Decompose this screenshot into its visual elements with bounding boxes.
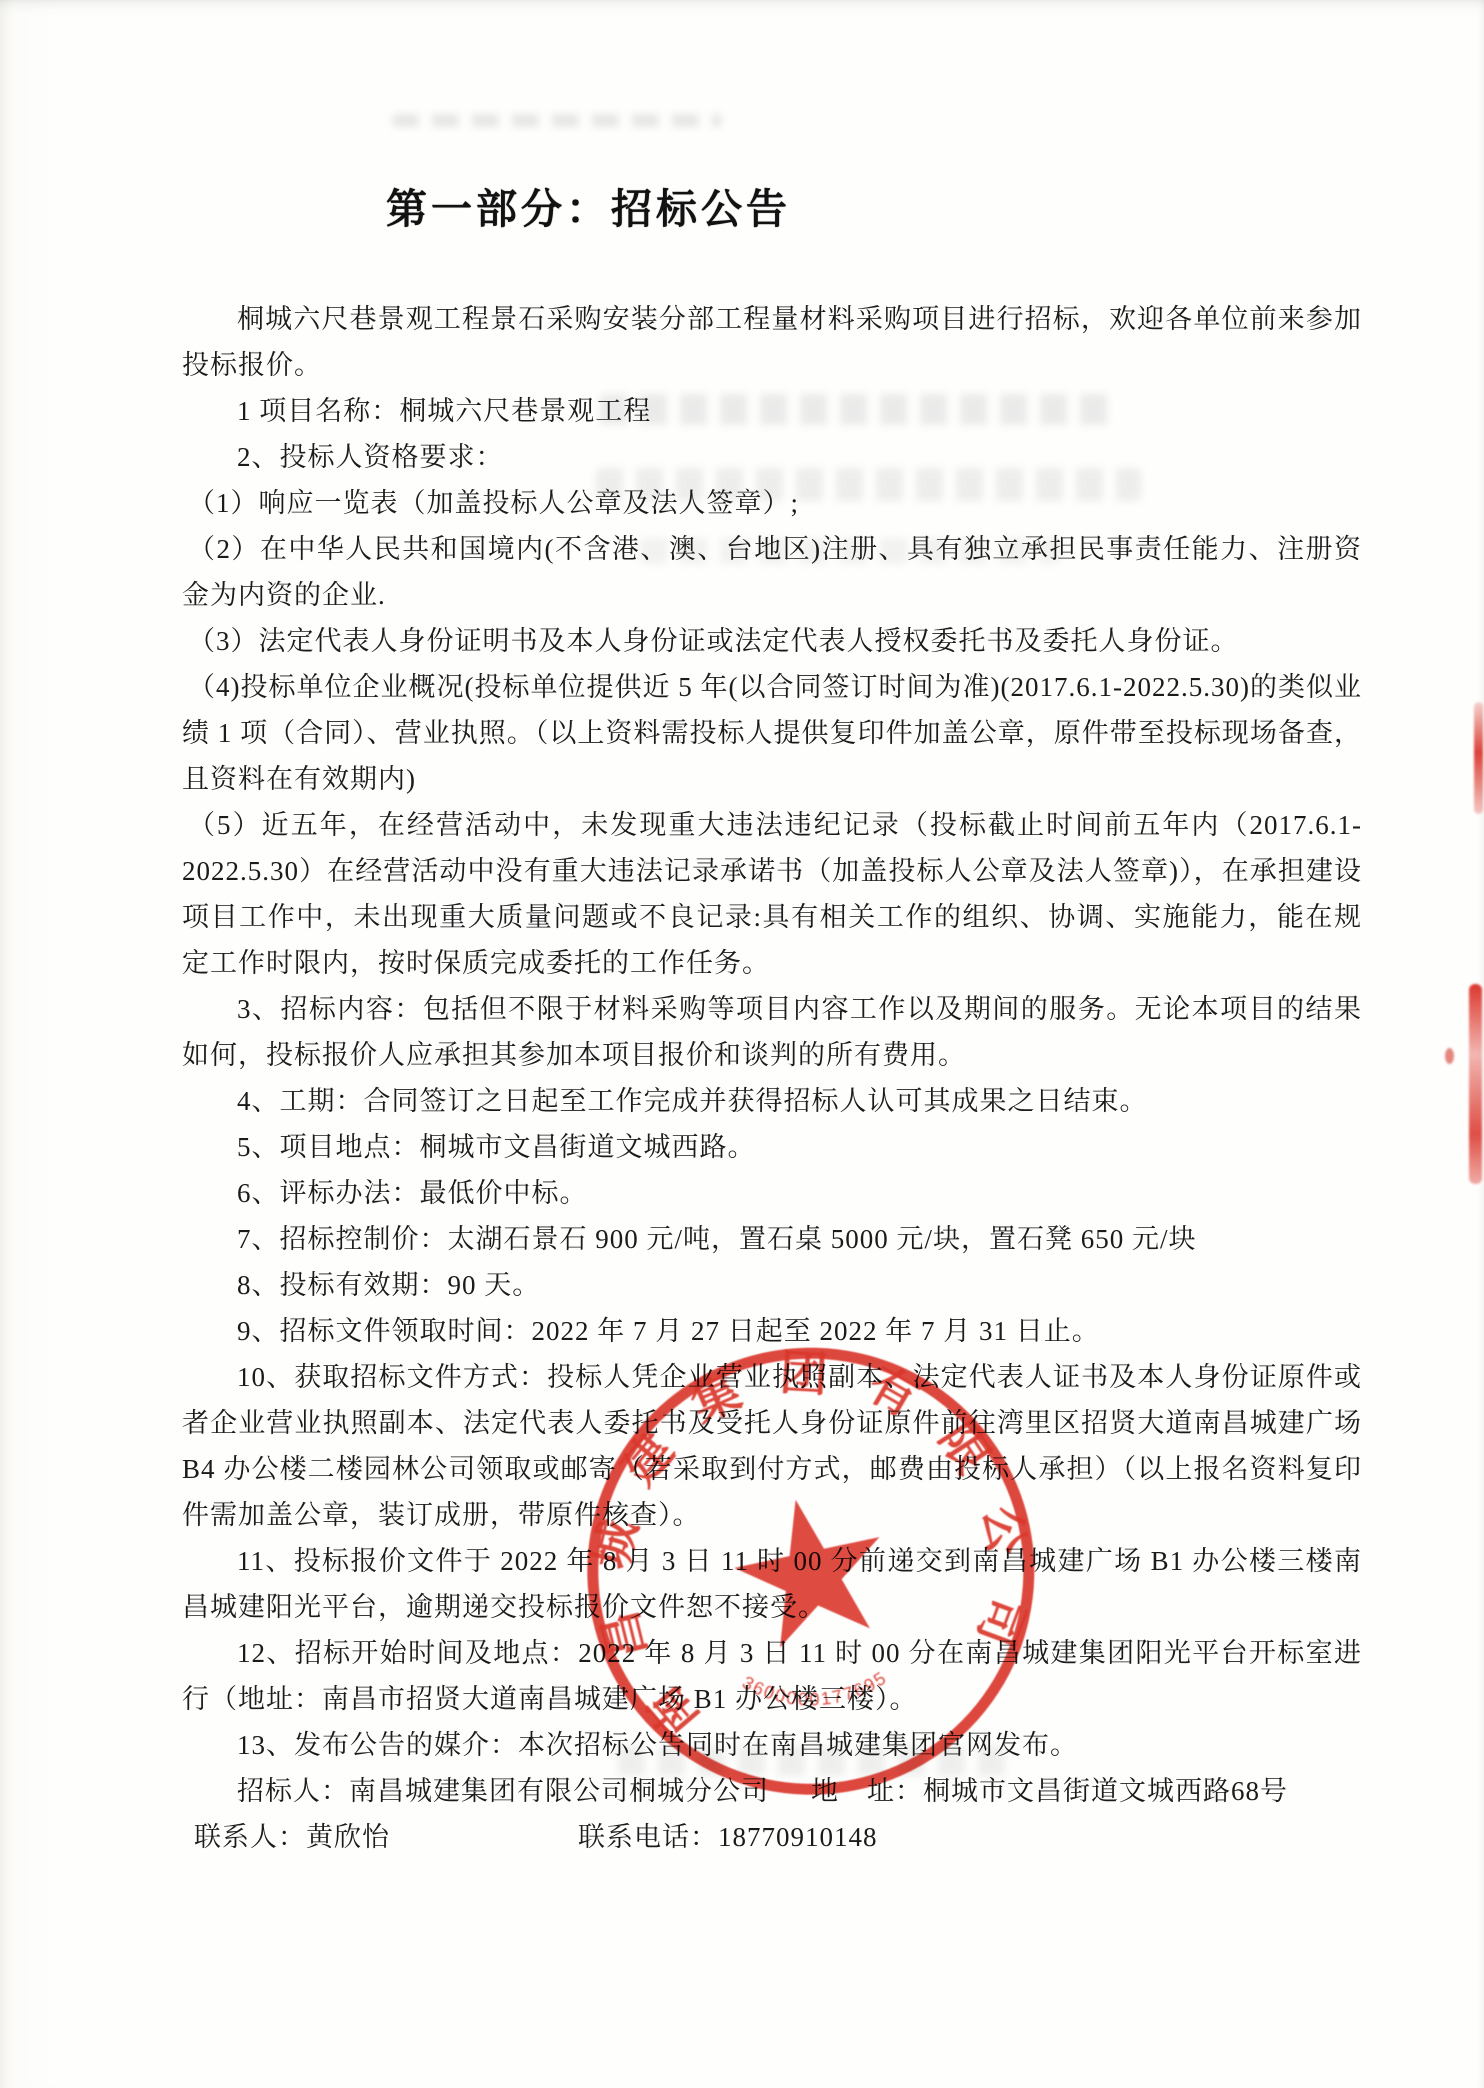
paragraph-req-5: （5）近五年，在经营活动中，未发现重大违法违纪记录（投标截止时间前五年内（201… <box>182 802 1362 986</box>
paragraph-qualifications: 2、投标人资格要求： <box>182 434 1362 480</box>
paragraph-req-2: （2）在中华人民共和国境内(不含港、澳、台地区)注册、具有独立承担民事责任能力、… <box>182 526 1362 618</box>
paragraph-req-1: （1）响应一览表（加盖投标人公章及法人签章）; <box>182 480 1362 526</box>
paragraph-req-3: （3）法定代表人身份证明书及本人身份证或法定代表人授权委托书及委托人身份证。 <box>182 618 1362 664</box>
paragraph-item-6: 6、评标办法：最低价中标。 <box>182 1170 1362 1216</box>
paragraph-item-4: 4、工期：合同签订之日起至工作完成并获得招标人认可其成果之日结束。 <box>182 1078 1362 1124</box>
paragraph-item-8: 8、投标有效期：90 天。 <box>182 1262 1362 1308</box>
contact-phone: 联系电话：18770910148 <box>578 1814 878 1860</box>
paragraph-req-4: （4)投标单位企业概况(投标单位提供近 5 年(以合同签订时间为准)(2017.… <box>182 664 1362 802</box>
red-ink-edge-mark <box>1469 984 1482 1184</box>
paragraph-item-3: 3、招标内容：包括但不限于材料采购等项目内容工作以及期间的服务。无论本项目的结果… <box>182 986 1362 1078</box>
tenderer-name: 南昌城建集团有限公司桐城分公司 <box>349 1776 769 1806</box>
paragraph-item-10: 10、获取招标文件方式：投标人凭企业营业执照副本、法定代表人证书及本人身份证原件… <box>182 1354 1362 1538</box>
paragraph-item-5: 5、项目地点：桐城市文昌街道文城西路。 <box>182 1124 1362 1170</box>
bleed-through-mark <box>392 114 722 127</box>
paragraph-project-name: 1 项目名称：桐城六尺巷景观工程 <box>182 388 1362 434</box>
paragraph-item-13: 13、发布公告的媒介：本次招标公告同时在南昌城建集团官网发布。 <box>182 1722 1362 1768</box>
intro-paragraph: 桐城六尺巷景观工程景石采购安装分部工程量材料采购项目进行招标，欢迎各单位前来参加… <box>182 296 1362 388</box>
contact-line: 联系人：黄欣怡 联系电话：18770910148 <box>182 1814 1362 1860</box>
paragraph-item-9: 9、招标文件领取时间：2022 年 7 月 27 日起至 2022 年 7 月 … <box>182 1308 1362 1354</box>
red-ink-edge-mark <box>1474 702 1483 814</box>
paragraph-item-12: 12、招标开始时间及地点：2022 年 8 月 3 日 11 时 00 分在南昌… <box>182 1630 1362 1722</box>
tenderer-line: 招标人：南昌城建集团有限公司桐城分公司地 址：桐城市文昌街道文城西路68号 <box>182 1768 1362 1814</box>
paragraph-item-11: 11、投标报价文件于 2022 年 8 月 3 日 11 时 00 分前递交到南… <box>182 1538 1362 1630</box>
red-ink-speck <box>1445 1048 1454 1064</box>
address-value: 桐城市文昌街道文城西路68号 <box>923 1776 1288 1806</box>
scanned-document-page: 第一部分：招标公告 桐城六尺巷景观工程景石采购安装分部工程量材料采购项目进行招标… <box>0 0 1484 2088</box>
contact-person: 联系人：黄欣怡 <box>194 1814 390 1860</box>
address-label: 地 址： <box>811 1776 923 1806</box>
document-title: 第一部分：招标公告 <box>386 176 791 235</box>
document-body: 桐城六尺巷景观工程景石采购安装分部工程量材料采购项目进行招标，欢迎各单位前来参加… <box>182 296 1362 1860</box>
paragraph-item-7: 7、招标控制价：太湖石景石 900 元/吨，置石桌 5000 元/块，置石凳 6… <box>182 1216 1362 1262</box>
tenderer-label: 招标人： <box>237 1776 349 1806</box>
